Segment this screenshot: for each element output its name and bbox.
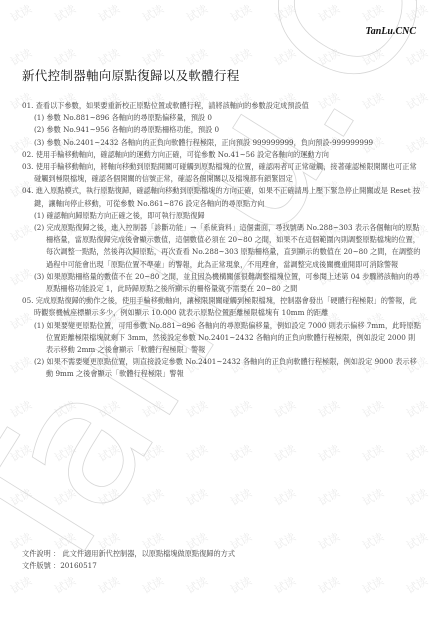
- step-04-sub-2: (2) 完成原點復歸之後，進入控制器「診斷功能」→「系統資料」這個畫面，尋找號碼…: [22, 222, 422, 271]
- watermark-tile: 试读: [315, 485, 342, 510]
- brand-label: TanLu.CNC: [366, 26, 416, 37]
- watermark-tile: 试读: [139, 573, 166, 598]
- watermark-tile: 试读: [227, 485, 254, 510]
- step-04-sub-1: (1) 確認軸向歸原點方向正確之後，即可執行原點復歸: [22, 210, 422, 222]
- document-footer: 文件說明 ： 此文件適用新代控制器，以原點檔塊做原點復歸的方式 文件版號 ：20…: [22, 548, 235, 572]
- page-title: 新代控制器軸向原點復歸以及軟體行程: [22, 66, 240, 84]
- watermark-tile: 试读: [227, 573, 254, 598]
- watermark-tile: 试读: [315, 1, 342, 26]
- watermark-tile: 试读: [95, 485, 122, 510]
- watermark-tile: 试读: [51, 397, 78, 422]
- watermark-tile: 试读: [51, 441, 78, 466]
- watermark-tile: 试读: [403, 45, 430, 70]
- watermark-tile: 试读: [139, 1, 166, 26]
- watermark-tile: 试读: [51, 1, 78, 26]
- watermark-tile: 试读: [139, 397, 166, 422]
- watermark-tile: 试读: [95, 573, 122, 598]
- watermark-tile: 试读: [183, 573, 210, 598]
- watermark-tile: 试读: [183, 1, 210, 26]
- watermark-tile: 试读: [359, 1, 386, 26]
- watermark-tile: 试读: [315, 45, 342, 70]
- watermark-tile: 试读: [7, 573, 34, 598]
- watermark-tile: 试读: [271, 45, 298, 70]
- step-04-sub-3: (3) 如果原點柵格量的數值不在 20~80 之間，並且因為機構關係很難調整檔塊…: [22, 271, 422, 295]
- watermark-tile: 试读: [139, 485, 166, 510]
- watermark-tile: 试读: [51, 573, 78, 598]
- watermark-tile: 试读: [183, 441, 210, 466]
- watermark-tile: 试读: [403, 529, 430, 554]
- step-05: 05. 完成原點復歸的動作之後，使用手輪移動軸向，讓極限開關碰觸到極限檔塊，控制…: [22, 295, 422, 380]
- watermark-tile: 试读: [51, 485, 78, 510]
- watermark-tile: 试读: [359, 573, 386, 598]
- document-body: 01. 查看以下參數，如果要重新校正原點位置或軟體行程，請將該軸向的參數設定成預…: [22, 100, 422, 381]
- watermark-tile: 试读: [403, 1, 430, 26]
- watermark-tile: 试读: [227, 397, 254, 422]
- footer-version: 文件版號 ：20160517: [22, 560, 235, 572]
- watermark-tile: 试读: [95, 1, 122, 26]
- step-02: 02. 使用手輪移動軸向，確認軸向的運動方向正確，可從參數 No.41~56 設…: [22, 149, 422, 161]
- step-01: 01. 查看以下參數，如果要重新校正原點位置或軟體行程，請將該軸向的參數設定成預…: [22, 100, 422, 149]
- step-05-sub-1: (1) 如果要變更原點位置，可用參數 No.881~896 各軸向的尋原點偏移量…: [22, 320, 422, 357]
- watermark-tile: 试读: [359, 45, 386, 70]
- step-03: 03. 使用手輪移動軸向，將軸向移動到原點開關可碰觸到原點檔塊的位置，確認兩者可…: [22, 161, 422, 185]
- watermark-tile: 试读: [359, 441, 386, 466]
- watermark-tile: 试读: [315, 441, 342, 466]
- watermark-tile: 试读: [7, 1, 34, 26]
- step-01-sub-2: (2) 參數 No.941~956 各軸向的尋原點柵格功能，預設 0: [22, 124, 422, 136]
- watermark-tile: 试读: [7, 397, 34, 422]
- watermark-tile: 试读: [271, 397, 298, 422]
- watermark-tile: 试读: [359, 529, 386, 554]
- watermark-tile: 试读: [7, 485, 34, 510]
- watermark-tile: 试读: [271, 485, 298, 510]
- watermark-tile: 试读: [315, 529, 342, 554]
- watermark-tile: 试读: [183, 485, 210, 510]
- watermark-tile: 试读: [403, 441, 430, 466]
- watermark-tile: 试读: [403, 397, 430, 422]
- step-01-sub-1: (1) 參數 No.881~896 各軸向的尋原點偏移量，預設 0: [22, 112, 422, 124]
- watermark-tile: 试读: [271, 573, 298, 598]
- watermark-tile: 试读: [95, 441, 122, 466]
- watermark-tile: 试读: [271, 441, 298, 466]
- watermark-tile: 试读: [139, 441, 166, 466]
- watermark-tile: 试读: [315, 397, 342, 422]
- step-04: 04. 進入原點模式，執行原點復歸，確認軸向移動到原點檔塊的方向正確，如果不正確…: [22, 185, 422, 295]
- watermark-tile: 试读: [403, 485, 430, 510]
- watermark-tile: 试读: [271, 1, 298, 26]
- watermark-tile: 试读: [95, 397, 122, 422]
- watermark-tile: 试读: [7, 441, 34, 466]
- watermark-tile: 试读: [183, 397, 210, 422]
- step-05-sub-2: (2) 如果不需要變更原點位置，則直接設定參數 No.2401~2432 各軸向…: [22, 356, 422, 380]
- watermark-tile: 试读: [271, 529, 298, 554]
- watermark-tile: 试读: [227, 1, 254, 26]
- watermark-tile: 试读: [359, 397, 386, 422]
- step-01-sub-3: (3) 參數 No.2401~2432 各軸向的正負向軟體行程極限，正向預設 9…: [22, 137, 422, 149]
- footer-description: 文件說明 ： 此文件適用新代控制器，以原點檔塊做原點復歸的方式: [22, 548, 235, 560]
- watermark-tile: 试读: [403, 573, 430, 598]
- watermark-tile: 试读: [359, 485, 386, 510]
- watermark-tile: 试读: [227, 441, 254, 466]
- watermark-tile: 试读: [315, 573, 342, 598]
